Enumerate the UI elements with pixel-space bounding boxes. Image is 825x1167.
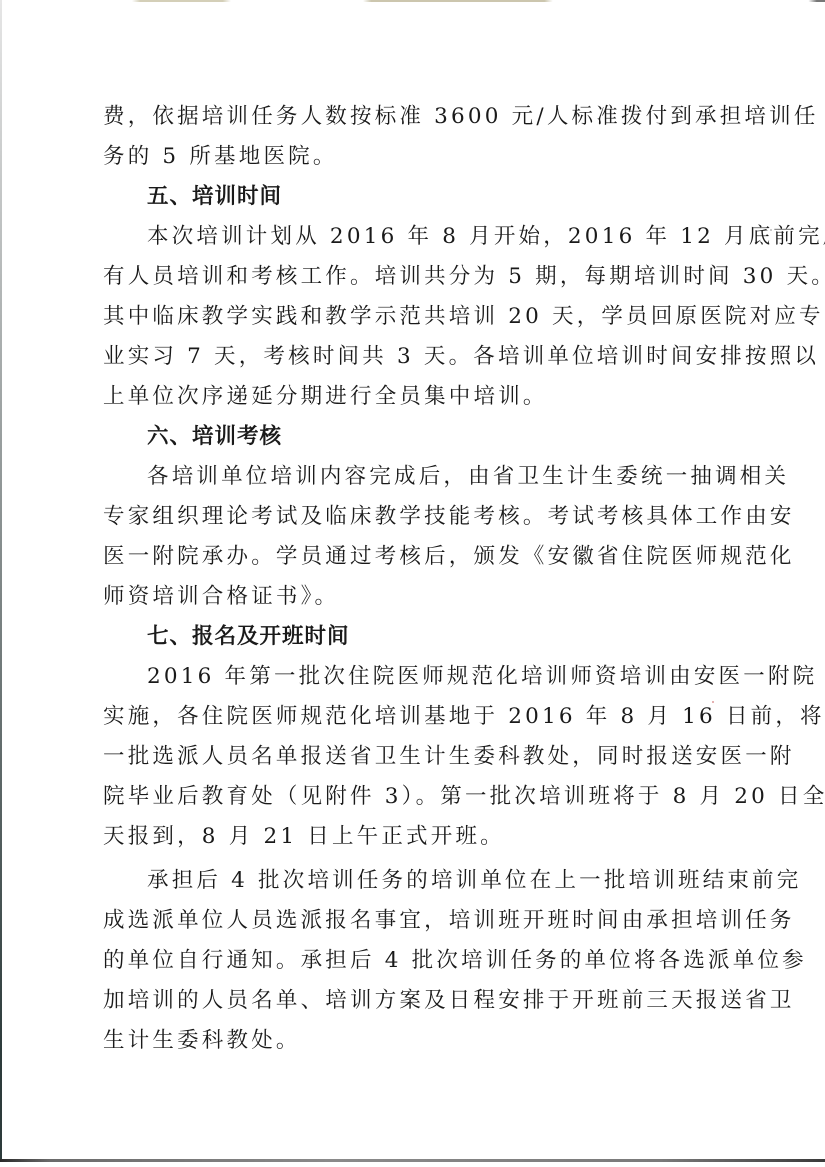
body-text-line: 院毕业后教育处（见附件 3）。第一批次培训班将于 8 月 20 日全 <box>103 777 728 817</box>
body-text-line: 上单位次序递延分期进行全员集中培训。 <box>103 377 728 417</box>
body-text-line: 生计生委科教处。 <box>103 1021 728 1061</box>
document-page: 费，依据培训任务人数按标准 3600 元/人标准拨付到承担培训任务的 5 所基地… <box>103 97 728 1061</box>
scan-top-edge <box>0 0 825 2</box>
body-text-line: 天报到，8 月 21 日上午正式开班。 <box>103 817 728 857</box>
section-heading: 五、培训时间 <box>103 177 728 217</box>
body-text-line: 业实习 7 天，考核时间共 3 天。各培训单位培训时间安排按照以 <box>103 337 728 377</box>
body-text-line: 承担后 4 批次培训任务的培训单位在上一批培训班结束前完 <box>103 861 728 901</box>
body-text-line: 费，依据培训任务人数按标准 3600 元/人标准拨付到承担培训任 <box>103 97 728 137</box>
body-text-line: 一批选派人员名单报送省卫生计生委科教处，同时报送安医一附 <box>103 737 728 777</box>
body-text-line: 医一附院承办。学员通过考核后，颁发《安徽省住院医师规范化 <box>103 537 728 577</box>
scan-bottom-margin <box>0 1162 825 1167</box>
body-text-line: 务的 5 所基地医院。 <box>103 137 728 177</box>
body-text-line: 实施，各住院医师规范化培训基地于 2016 年 8 月 16 日前，将第 <box>103 697 728 737</box>
body-text-line: 有人员培训和考核工作。培训共分为 5 期，每期培训时间 30 天。 <box>103 257 728 297</box>
section-heading: 六、培训考核 <box>103 417 728 457</box>
body-text-line: 师资培训合格证书》。 <box>103 577 728 617</box>
body-text-line: 其中临床教学实践和教学示范共培训 20 天，学员回原医院对应专 <box>103 297 728 337</box>
body-text-line: 本次培训计划从 2016 年 8 月开始，2016 年 12 月底前完成所 <box>103 217 728 257</box>
body-text-line: 的单位自行通知。承担后 4 批次培训任务的单位将各选派单位参 <box>103 941 728 981</box>
body-text-line: 各培训单位培训内容完成后，由省卫生计生委统一抽调相关 <box>103 457 728 497</box>
body-text-line: 2016 年第一批次住院医师规范化培训师资培训由安医一附院 <box>103 657 728 697</box>
scan-left-edge <box>0 0 2 1167</box>
body-text-line: 专家组织理论考试及临床教学技能考核。考试考核具体工作由安 <box>103 497 728 537</box>
body-text-line: 成选派单位人员选派报名事宜，培训班开班时间由承担培训任务 <box>103 901 728 941</box>
section-heading: 七、报名及开班时间 <box>103 617 728 657</box>
body-text-line: 加培训的人员名单、培训方案及日程安排于开班前三天报送省卫 <box>103 981 728 1021</box>
